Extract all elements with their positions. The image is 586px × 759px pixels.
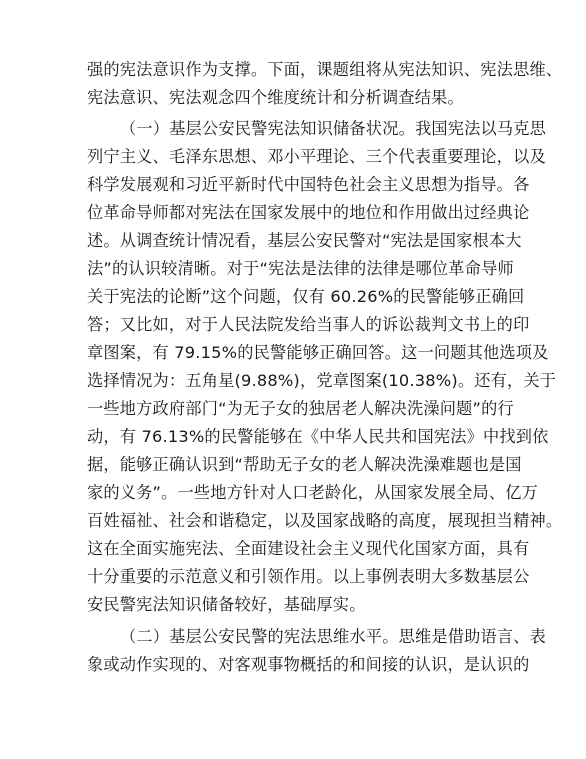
text-line: 科学发展观和习近平新时代中国特色社会主义思想为指导。各 bbox=[87, 175, 507, 195]
text-line: 十分重要的示范意义和引领作用。以上事例表明大多数基层公 bbox=[87, 567, 507, 587]
text-line: 据，能够正确认识到“帮助无子女的老人解决洗澡难题也是国 bbox=[87, 455, 507, 475]
text-line: 法”的认识较清晰。对于“宪法是法律的法律是哪位革命导师 bbox=[87, 259, 507, 279]
text-line: 关于宪法的论断”这个问题，仅有 60.26%的民警能够正确回 bbox=[87, 287, 507, 307]
text-line: 宪法意识、宪法观念四个维度统计和分析调查结果。 bbox=[87, 88, 507, 108]
text-line: 这在全面实施宪法、全面建设社会主义现代化国家方面，具有 bbox=[87, 539, 507, 559]
text-line: 章图案，有 79.15%的民警能够正确回答。这一问题其他选项及 bbox=[87, 343, 507, 363]
text-line: 象或动作实现的、对客观事物概括的和间接的认识，是认识的 bbox=[87, 655, 507, 675]
document-page: 强的宪法意识作为支撑。下面，课题组将从宪法知识、宪法思维、 宪法意识、宪法观念四… bbox=[0, 0, 586, 759]
paragraph-heading-line: （一）基层公安民警宪法知识储备状况。我国宪法以马克思 bbox=[120, 119, 540, 139]
text-line: 位革命导师都对宪法在国家发展中的地位和作用做出过经典论 bbox=[87, 203, 507, 223]
text-line: 动，有 76.13%的民警能够在《中华人民共和国宪法》中找到依 bbox=[87, 427, 507, 447]
text-line: 一些地方政府部门“为无子女的独居老人解决洗澡问题”的行 bbox=[87, 399, 507, 419]
paragraph-heading-line: （二）基层公安民警的宪法思维水平。思维是借助语言、表 bbox=[120, 627, 540, 647]
text-line: 述。从调查统计情况看，基层公安民警对“宪法是国家根本大 bbox=[87, 231, 507, 251]
text-line: 列宁主义、毛泽东思想、邓小平理论、三个代表重要理论，以及 bbox=[87, 147, 507, 167]
text-line: 强的宪法意识作为支撑。下面，课题组将从宪法知识、宪法思维、 bbox=[87, 60, 507, 80]
text-line: 答；又比如，对于人民法院发给当事人的诉讼裁判文书上的印 bbox=[87, 315, 507, 335]
text-line: 百姓福祉、社会和谐稳定，以及国家战略的高度，展现担当精神。 bbox=[87, 511, 507, 531]
text-line: 选择情况为：五角星(9.88%)，党章图案(10.38%)。还有，关于 bbox=[87, 371, 507, 391]
text-line: 安民警宪法知识储备较好，基础厚实。 bbox=[87, 595, 507, 615]
text-line: 家的义务”。一些地方针对人口老龄化，从国家发展全局、亿万 bbox=[87, 483, 507, 503]
